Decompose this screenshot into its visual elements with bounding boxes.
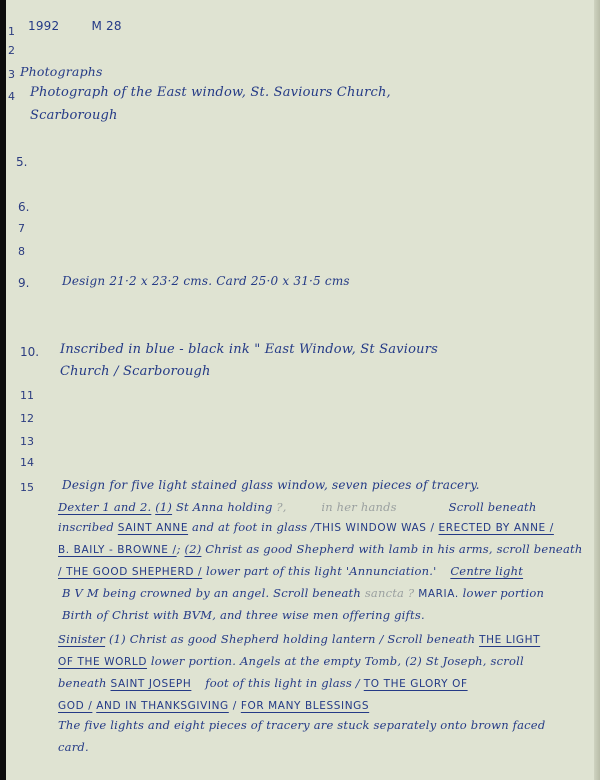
field-number: 9. [18,276,29,290]
object-category: Photographs [20,64,103,79]
description-line: beneath SAINT JOSEPH foot of this light … [58,676,468,690]
pencil-annotation: sancta ? [365,586,415,600]
description-line: Birth of Christ with BVM, and three wise… [62,608,425,622]
field-number: 13 [20,435,34,448]
field-number: 1 [8,25,15,38]
description-closing-continued: card. [58,740,89,754]
dexter-label: Dexter 1 and 2. [58,500,151,514]
ruled-notebook-page: 1 1992 M 28 2 3 Photographs 4 Photograph… [6,0,594,780]
field-number: 12 [20,412,34,425]
field-number: 10. [20,345,39,359]
page-right-edge [594,0,600,780]
field-number: 7 [18,222,25,235]
field-number: 2 [8,44,15,57]
accession-number: 1992 M 28 [28,19,122,33]
description-line: GOD / AND IN THANKSGIVING / FOR MANY BLE… [58,698,369,712]
inscription-continued: Church / Scarborough [60,364,211,379]
field-number: 15 [20,481,34,494]
field-number: 5. [16,155,27,169]
field-number: 8 [18,245,25,258]
description-line: Dexter 1 and 2. (1) St Anna holding ?, i… [58,500,536,514]
field-number: 3 [8,68,15,81]
sinister-label: Sinister [58,632,105,646]
object-title: Photograph of the East window, St. Savio… [30,85,391,100]
field-number: 11 [20,389,34,402]
description-line: Sinister (1) Christ as good Shepherd hol… [58,632,540,646]
field-number: 6. [18,200,29,214]
field-number: 14 [20,456,34,469]
description-closing: The five lights and eight pieces of trac… [58,718,545,732]
inscription: Inscribed in blue - black ink " East Win… [60,342,438,357]
pencil-annotation: ?, in her hands [276,500,396,514]
description-line: B V M being crowned by an angel. Scroll … [62,586,544,600]
description-line: B. BAILY - BROWNE /; (2) Christ as good … [58,542,582,556]
dimensions: Design 21·2 x 23·2 cms. Card 25·0 x 31·5… [62,274,350,288]
field-number: 4 [8,90,15,103]
description-line: inscribed SAINT ANNE and at foot in glas… [58,520,554,534]
object-title-continued: Scarborough [30,108,118,123]
description-line: / THE GOOD SHEPHERD / lower part of this… [58,564,523,578]
design-description: Design for five light stained glass wind… [62,478,480,492]
description-line: OF THE WORLD lower portion. Angels at th… [58,654,524,668]
centre-label: Centre light [450,564,523,578]
